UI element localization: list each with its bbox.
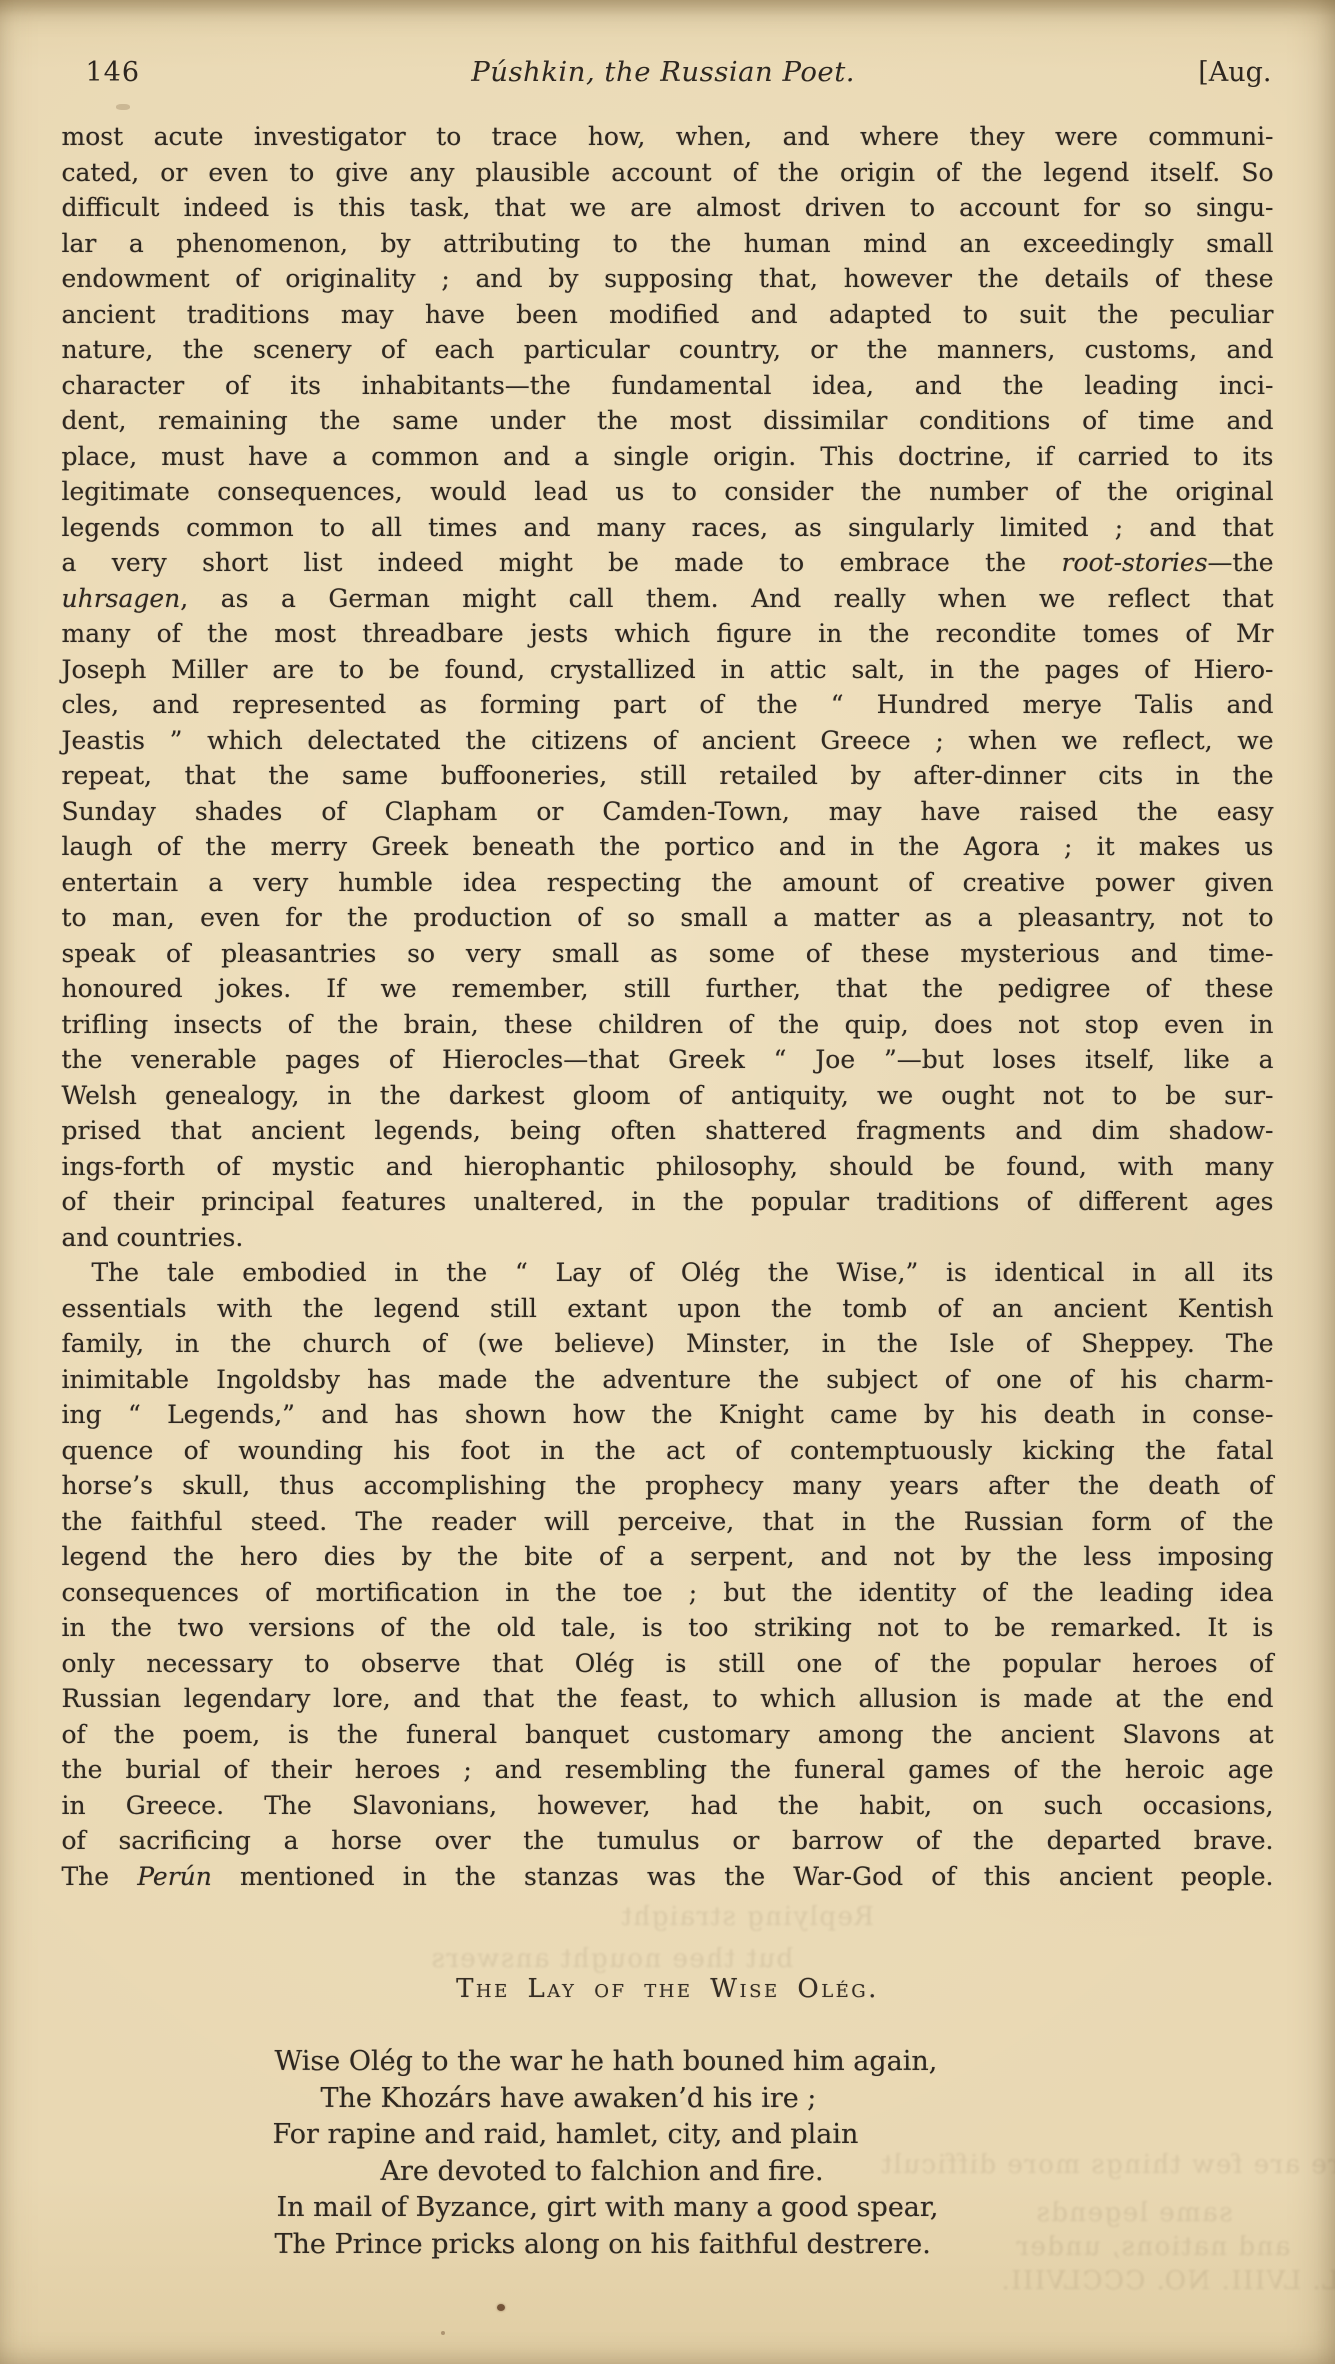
text-segment: of sacrificing a horse over the tumulus … <box>62 1826 1274 1855</box>
text-segment: of the poem, is the funeral banquet cust… <box>62 1720 1274 1749</box>
text-line: place, must have a common and a single o… <box>62 439 1274 475</box>
italic-text: Perún <box>137 1862 212 1891</box>
text-segment: character of its inhabitants—the fundame… <box>62 371 1274 400</box>
showthrough-text: VOL. LVIII. NO. CCCLVIII. <box>1000 2266 1335 2296</box>
text-segment: to man, even for the production of so sm… <box>62 903 1274 932</box>
text-segment: in Greece. The Slavonians, however, had … <box>62 1791 1274 1820</box>
text-segment: The <box>62 1862 138 1891</box>
text-line: ancient traditions may have been modifie… <box>62 297 1274 333</box>
text-segment: only necessary to observe that Olég is s… <box>62 1649 1274 1678</box>
text-segment: cles, and represented as forming part of… <box>62 690 1274 719</box>
text-line: consequences of mortification in the toe… <box>62 1575 1274 1611</box>
text-line: Russian legendary lore, and that the fea… <box>62 1681 1274 1717</box>
text-segment: difficult indeed is this task, that we a… <box>62 193 1274 222</box>
text-segment: Welsh genealogy, in the darkest gloom of… <box>62 1081 1274 1110</box>
text-line: to man, even for the production of so sm… <box>62 900 1274 936</box>
text-segment: repeat, that the same buffooneries, stil… <box>62 761 1274 790</box>
text-line: character of its inhabitants—the fundame… <box>62 368 1274 404</box>
text-segment: nature, the scenery of each particular c… <box>62 335 1274 364</box>
text-line: dent, remaining the same under the most … <box>62 403 1274 439</box>
text-line: prised that ancient legends, being often… <box>62 1113 1274 1149</box>
poem-line: The Khozárs have awaken’d his ire ; <box>321 2081 1274 2118</box>
text-line: ings-forth of mystic and hierophantic ph… <box>62 1149 1274 1185</box>
page-content: 146 Púshkin, the Russian Poet. [Aug. mos… <box>62 0 1274 2263</box>
page-number: 146 <box>62 57 141 88</box>
text-line: inimitable Ingoldsby has made the advent… <box>62 1362 1274 1398</box>
text-segment: and countries. <box>62 1223 244 1252</box>
text-line: difficult indeed is this task, that we a… <box>62 190 1274 226</box>
text-line: speak of pleasantries so very small as s… <box>62 936 1274 972</box>
text-segment: ings-forth of mystic and hierophantic ph… <box>62 1152 1274 1181</box>
text-line: Jeastis ” which delectated the citizens … <box>62 723 1274 759</box>
text-segment: quence of wounding his foot in the act o… <box>62 1436 1274 1465</box>
text-line: honoured jokes. If we remember, still fu… <box>62 971 1274 1007</box>
text-segment: —the <box>1208 548 1274 577</box>
text-line: Joseph Miller are to be found, crystalli… <box>62 652 1274 688</box>
text-segment: legends common to all times and many rac… <box>62 513 1274 542</box>
text-line: The tale embodied in the “ Lay of Olég t… <box>62 1255 1274 1291</box>
page-header: 146 Púshkin, the Russian Poet. [Aug. <box>62 56 1274 92</box>
text-segment: ancient traditions may have been modifie… <box>62 300 1274 329</box>
text-line: Sunday shades of Clapham or Camden-Town,… <box>62 794 1274 830</box>
text-segment: mentioned in the stanzas was the War-God… <box>212 1862 1274 1891</box>
text-segment: honoured jokes. If we remember, still fu… <box>62 974 1274 1003</box>
text-segment: legend the hero dies by the bite of a se… <box>62 1542 1274 1571</box>
text-segment: laugh of the merry Greek beneath the por… <box>62 832 1274 861</box>
ink-speck <box>497 2304 505 2311</box>
text-line: uhrsagen, as a German might call them. A… <box>62 581 1274 617</box>
text-line: legitimate consequences, would lead us t… <box>62 474 1274 510</box>
text-segment: the faithful steed. The reader will perc… <box>62 1507 1274 1536</box>
text-line: the burial of their heroes ; and resembl… <box>62 1752 1274 1788</box>
text-segment: entertain a very humble idea respecting … <box>62 868 1274 897</box>
paragraph: The tale embodied in the “ Lay of Olég t… <box>62 1255 1274 1894</box>
text-line: lar a phenomenon, by attributing to the … <box>62 226 1274 262</box>
paragraph: most acute investigator to trace how, wh… <box>62 119 1274 1255</box>
text-segment: the burial of their heroes ; and resembl… <box>62 1755 1274 1784</box>
text-segment: , as a German might call them. And reall… <box>180 584 1273 613</box>
text-segment: ing “ Legends,” and has shown how the Kn… <box>62 1400 1274 1429</box>
text-line: repeat, that the same buffooneries, stil… <box>62 758 1274 794</box>
poem-line: For rapine and raid, hamlet, city, and p… <box>273 2117 1274 2154</box>
text-line: endowment of originality ; and by suppos… <box>62 261 1274 297</box>
text-line: legends common to all times and many rac… <box>62 510 1274 546</box>
section-heading: The Lay of the Wise Olég. <box>62 1974 1274 2004</box>
text-segment: Russian legendary lore, and that the fea… <box>62 1684 1274 1713</box>
poem-line: Wise Olég to the war he hath bouned him … <box>275 2044 1274 2081</box>
text-line: quence of wounding his foot in the act o… <box>62 1433 1274 1469</box>
text-line: The Perún mentioned in the stanzas was t… <box>62 1859 1274 1895</box>
text-line: Welsh genealogy, in the darkest gloom of… <box>62 1078 1274 1114</box>
text-segment: horse’s skull, thus accomplishing the pr… <box>62 1471 1274 1500</box>
text-segment: dent, remaining the same under the most … <box>62 406 1274 435</box>
text-line: legend the hero dies by the bite of a se… <box>62 1539 1274 1575</box>
italic-text: root-stories <box>1062 548 1208 577</box>
text-segment: inimitable Ingoldsby has made the advent… <box>62 1365 1274 1394</box>
poem-line: The Prince pricks along on his faithful … <box>275 2227 1274 2264</box>
text-segment: endowment of originality ; and by suppos… <box>62 264 1274 293</box>
poem-line: In mail of Byzance, girt with many a goo… <box>277 2190 1274 2227</box>
text-segment: Jeastis ” which delectated the citizens … <box>62 726 1274 755</box>
text-line: laugh of the merry Greek beneath the por… <box>62 829 1274 865</box>
article-paragraphs: most acute investigator to trace how, wh… <box>62 119 1274 1894</box>
text-line: in Greece. The Slavonians, however, had … <box>62 1788 1274 1824</box>
text-line: of their principal features unaltered, i… <box>62 1184 1274 1220</box>
text-line: of the poem, is the funeral banquet cust… <box>62 1717 1274 1753</box>
text-segment: cated, or even to give any plausible acc… <box>62 158 1274 187</box>
running-title: Púshkin, the Russian Poet. <box>471 56 855 88</box>
text-line: cles, and represented as forming part of… <box>62 687 1274 723</box>
issue-month: [Aug. <box>1198 57 1273 88</box>
italic-text: uhrsagen <box>62 584 181 613</box>
text-segment: The tale embodied in the “ Lay of Olég t… <box>92 1258 1274 1287</box>
text-line: nature, the scenery of each particular c… <box>62 332 1274 368</box>
text-segment: place, must have a common and a single o… <box>62 442 1274 471</box>
ink-speck <box>441 2331 445 2335</box>
text-segment: trifling insects of the brain, these chi… <box>62 1010 1274 1039</box>
text-segment: many of the most threadbare jests which … <box>62 619 1274 648</box>
text-line: in the two versions of the old tale, is … <box>62 1610 1274 1646</box>
text-line: the venerable pages of Hierocles—that Gr… <box>62 1042 1274 1078</box>
text-line: cated, or even to give any plausible acc… <box>62 155 1274 191</box>
text-line: entertain a very humble idea respecting … <box>62 865 1274 901</box>
text-segment: lar a phenomenon, by attributing to the … <box>62 229 1274 258</box>
text-segment: Sunday shades of Clapham or Camden-Town,… <box>62 797 1274 826</box>
text-line: the faithful steed. The reader will perc… <box>62 1504 1274 1540</box>
text-line: trifling insects of the brain, these chi… <box>62 1007 1274 1043</box>
text-segment: prised that ancient legends, being often… <box>62 1116 1274 1145</box>
text-line: essentials with the legend still extant … <box>62 1291 1274 1327</box>
text-segment: in the two versions of the old tale, is … <box>62 1613 1274 1642</box>
text-segment: of their principal features unaltered, i… <box>62 1187 1274 1216</box>
text-line: only necessary to observe that Olég is s… <box>62 1646 1274 1682</box>
text-segment: consequences of mortification in the toe… <box>62 1578 1274 1607</box>
poem-stanza: Wise Olég to the war he hath bouned him … <box>273 2044 1274 2263</box>
text-line: and countries. <box>62 1220 1274 1256</box>
text-segment: most acute investigator to trace how, wh… <box>62 122 1274 151</box>
text-segment: family, in the church of (we believe) Mi… <box>62 1329 1274 1358</box>
text-segment: legitimate consequences, would lead us t… <box>62 477 1274 506</box>
text-line: horse’s skull, thus accomplishing the pr… <box>62 1468 1274 1504</box>
text-line: many of the most threadbare jests which … <box>62 616 1274 652</box>
text-line: ing “ Legends,” and has shown how the Kn… <box>62 1397 1274 1433</box>
text-line: most acute investigator to trace how, wh… <box>62 119 1274 155</box>
text-segment: speak of pleasantries so very small as s… <box>62 939 1274 968</box>
text-segment: a very short list indeed might be made t… <box>62 548 1062 577</box>
poem-line: Are devoted to falchion and fire. <box>381 2154 1274 2191</box>
scanned-book-page: 146 Púshkin, the Russian Poet. [Aug. mos… <box>0 0 1335 2364</box>
text-line: a very short list indeed might be made t… <box>62 545 1274 581</box>
text-segment: the venerable pages of Hierocles—that Gr… <box>62 1045 1274 1074</box>
text-line: family, in the church of (we believe) Mi… <box>62 1326 1274 1362</box>
text-segment: Joseph Miller are to be found, crystalli… <box>62 655 1274 684</box>
text-segment: essentials with the legend still extant … <box>62 1294 1274 1323</box>
text-line: of sacrificing a horse over the tumulus … <box>62 1823 1274 1859</box>
